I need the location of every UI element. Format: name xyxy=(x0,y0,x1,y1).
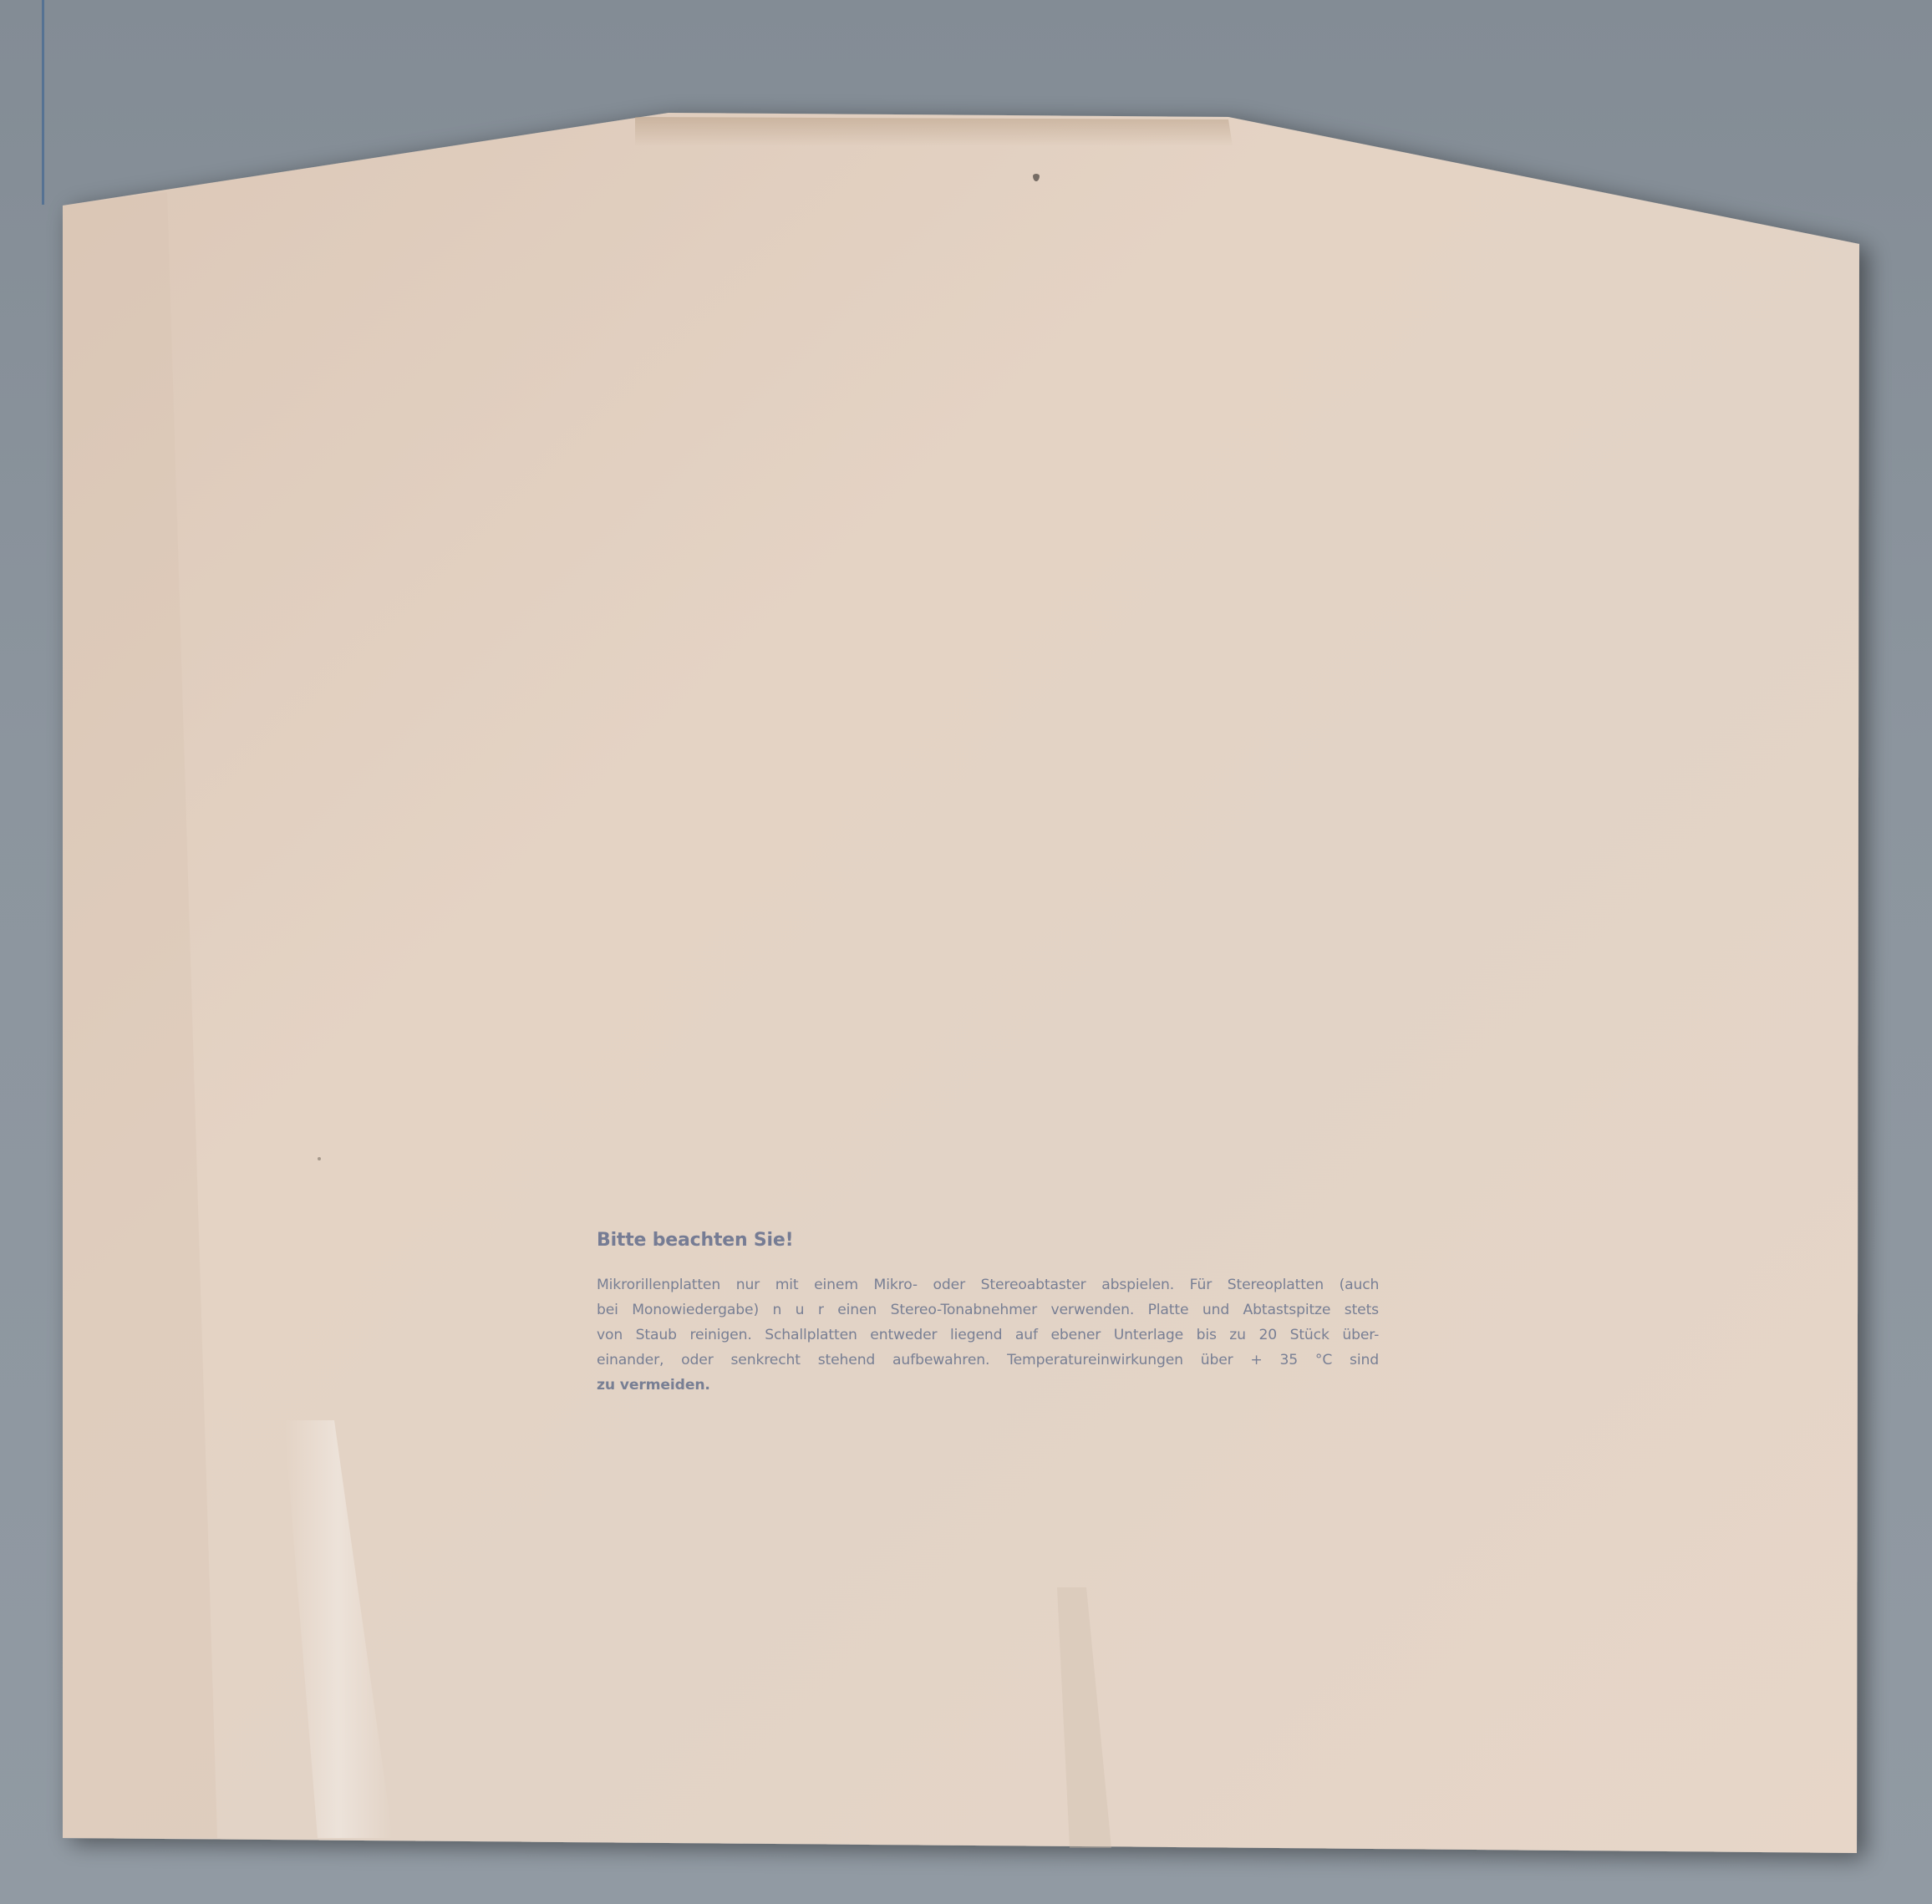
notice-line: von Staub reinigen. Schallplatten entwed… xyxy=(597,1323,1379,1348)
notice-heading: Bitte beachten Sie! xyxy=(597,1230,1379,1251)
notice-line: bei Monowiedergabe) n u r einen Stereo-T… xyxy=(597,1297,1379,1323)
photo-scene: Bitte beachten Sie! Mikrorillenplatten n… xyxy=(0,0,1932,1904)
notice-line: einander, oder senkrecht stehend aufbewa… xyxy=(597,1348,1379,1373)
paper-speck xyxy=(318,1157,321,1160)
notice-line: zu vermeiden. xyxy=(597,1373,1379,1398)
notice-body: Mikrorillenplatten nur mit einem Mikro- … xyxy=(597,1272,1379,1398)
record-sleeve xyxy=(0,0,1932,1904)
notice-line: Mikrorillenplatten nur mit einem Mikro- … xyxy=(597,1272,1379,1297)
sleeve-notice: Bitte beachten Sie! Mikrorillenplatten n… xyxy=(597,1230,1379,1398)
